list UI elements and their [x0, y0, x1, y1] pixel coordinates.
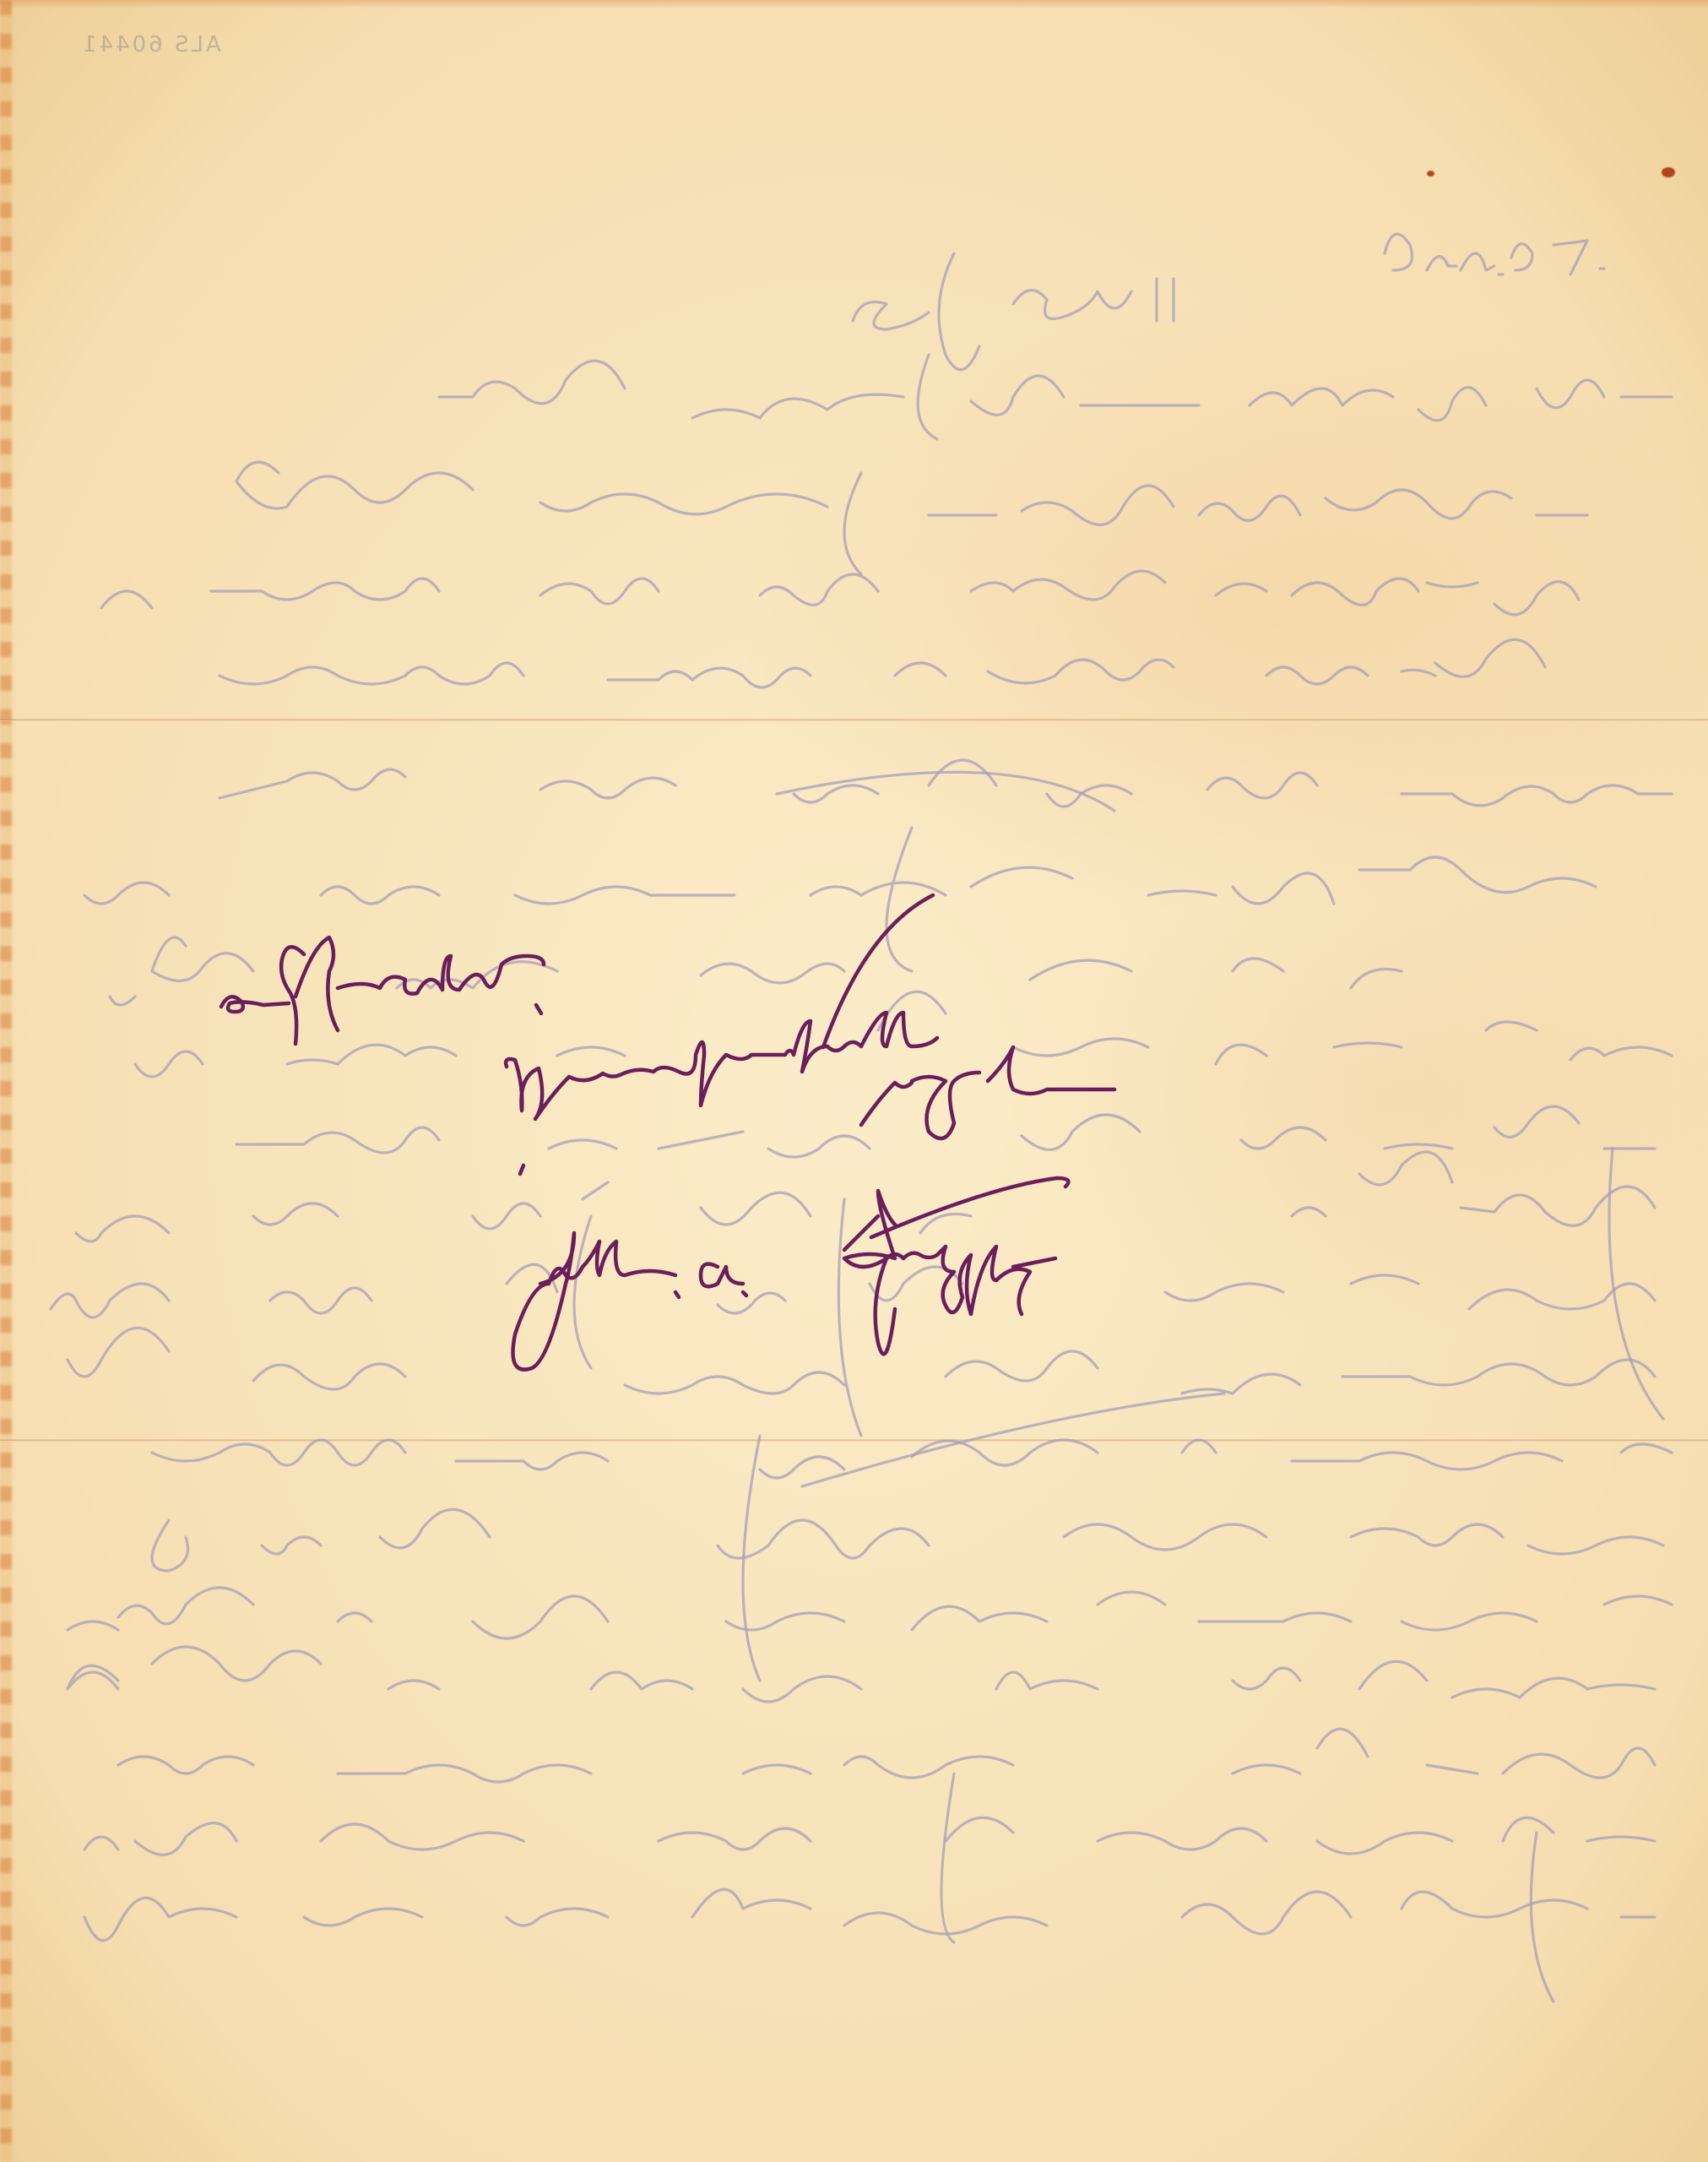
ink-line-2-text: Wunschprüfung(?)… zugeben(?)	[517, 1064, 1066, 1103]
ink-line-1-text: …Jhandert.	[179, 988, 372, 1027]
signature-text: Gustav A. …(signature)	[530, 1271, 929, 1310]
bleedthrough-date: Br. 22. 11.	[1385, 228, 1562, 267]
letter-sheet: ALS 60441	[0, 0, 1708, 2162]
